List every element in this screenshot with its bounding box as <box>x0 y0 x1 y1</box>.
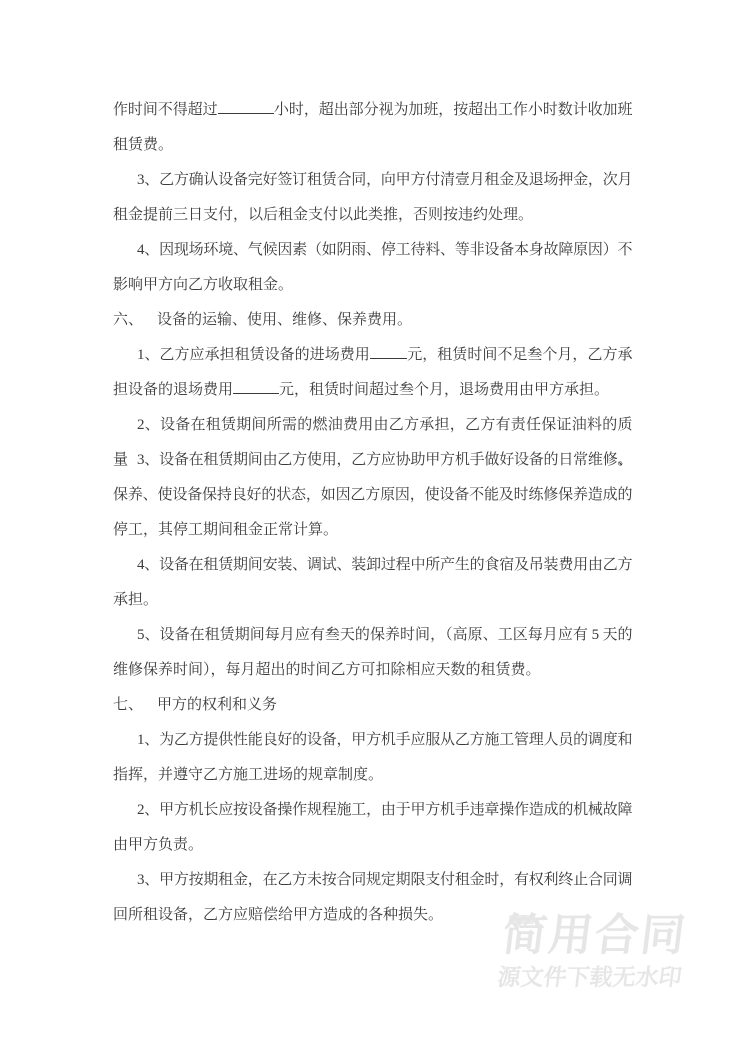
text-run: 甲方的权利和义务 <box>157 697 277 713</box>
text-line: 七、甲方的权利和义务 <box>113 688 632 723</box>
text-line: 4、设备在租赁期间安装、调试、装卸过程中所产生的食宿及吊装费用由乙方 <box>113 548 632 583</box>
text-run: 3、甲方按期租金，在乙方未按合同规定期限支付租金时，有权利终止合同调 <box>137 872 632 888</box>
text-line: 承担。 <box>113 583 632 618</box>
text-line: 3、甲方按期租金，在乙方未按合同规定期限支付租金时，有权利终止合同调 <box>113 863 632 898</box>
text-line: 停工，其停工期间租金正常计算。 <box>113 513 632 548</box>
text-line: 1、乙方应承担租赁设备的进场费用元，租赁时间不足叁个月，乙方承 <box>113 338 632 373</box>
contract-page: 作时间不得超过小时，超出部分视为加班，按超出工作小时数计收加班租赁费。3、乙方确… <box>0 0 742 1049</box>
text-line: 作时间不得超过小时，超出部分视为加班，按超出工作小时数计收加班 <box>113 93 632 128</box>
text-run: 七、 <box>113 697 143 713</box>
clause-six-5-maintenance-days: 5、设备在租赁期间每月应有叁天的保养时间，（高原、工区每月应有 5 天的维修保养… <box>113 618 632 688</box>
text-line: 3、乙方确认设备完好签订租赁合同，向甲方付清壹月租金及退场押金，次月 <box>113 163 632 198</box>
fill-in-blank <box>218 101 274 114</box>
text-run: 4、设备在租赁期间安装、调试、装卸过程中所产生的食宿及吊装费用由乙方 <box>137 557 632 573</box>
clause-six-2-fuel-cost: 2、设备在租赁期间所需的燃油费用由乙方承担，乙方有责任保证油料的质量。 <box>113 408 632 443</box>
text-line: 3、设备在租赁期间由乙方使用，乙方应协助甲方机手做好设备的日常维修、 <box>113 443 632 478</box>
clause-rent-payment: 3、乙方确认设备完好签订租赁合同，向甲方付清壹月租金及退场押金，次月租金提前三日… <box>113 163 632 233</box>
clause-overtime-continuation: 作时间不得超过小时，超出部分视为加班，按超出工作小时数计收加班租赁费。 <box>113 93 632 163</box>
text-run: 停工，其停工期间租金正常计算。 <box>113 522 338 538</box>
text-run: 影响甲方向乙方收取租金。 <box>113 277 293 293</box>
text-run: 1、乙方应承担租赁设备的进场费用 <box>137 347 370 363</box>
text-line: 维修保养时间），每月超出的时间乙方可扣除相应天数的租赁费。 <box>113 653 632 688</box>
text-line: 指挥，并遵守乙方施工进场的规章制度。 <box>113 758 632 793</box>
text-line: 租金提前三日支付，以后租金支付以此类推，否则按违约处理。 <box>113 198 632 233</box>
clause-seven-2-operation-rules: 2、甲方机长应按设备操作规程施工，由于甲方机手违章操作造成的机械故障由甲方负责。 <box>113 793 632 863</box>
text-run: 租赁费。 <box>113 137 173 153</box>
text-line: 由甲方负责。 <box>113 828 632 863</box>
clause-weather-factors: 4、因现场环境、气候因素（如阴雨、停工待料、等非设备本身故障原因）不影响甲方向乙… <box>113 233 632 303</box>
text-run: 4、因现场环境、气候因素（如阴雨、停工待料、等非设备本身故障原因）不 <box>137 242 632 258</box>
text-run: 承担。 <box>113 592 158 608</box>
text-run: 1、为乙方提供性能良好的设备，甲方机手应服从乙方施工管理人员的调度和 <box>137 732 632 748</box>
text-run: 作时间不得超过 <box>113 102 218 118</box>
text-run: 2、甲方机长应按设备操作规程施工，由于甲方机手违章操作造成的机械故障 <box>137 802 632 818</box>
text-line: 2、甲方机长应按设备操作规程施工，由于甲方机手违章操作造成的机械故障 <box>113 793 632 828</box>
text-run: 维修保养时间），每月超出的时间乙方可扣除相应天数的租赁费。 <box>113 662 541 678</box>
text-run: 六、 <box>113 312 143 328</box>
text-run: 5、设备在租赁期间每月应有叁天的保养时间，（高原、工区每月应有 5 天的 <box>137 627 632 643</box>
clause-seven-1-good-equipment: 1、为乙方提供性能良好的设备，甲方机手应服从乙方施工管理人员的调度和指挥，并遵守… <box>113 723 632 793</box>
fill-in-blank <box>233 381 279 394</box>
text-run: 指挥，并遵守乙方施工进场的规章制度。 <box>113 767 383 783</box>
text-run: 小时，超出部分视为加班，按超出工作小时数计收加班 <box>274 102 632 118</box>
text-line: 租赁费。 <box>113 128 632 163</box>
watermark: 简用合同 源文件下载无水印 <box>496 911 706 990</box>
text-run: 保养、使设备保持良好的状态，如因乙方原因，使设备不能及时练修保养造成的 <box>113 487 632 503</box>
text-run: 3、乙方确认设备完好签订租赁合同，向甲方付清壹月租金及退场押金，次月 <box>137 172 632 188</box>
text-line: 2、设备在租赁期间所需的燃油费用由乙方承担，乙方有责任保证油料的质量。 <box>113 408 632 443</box>
text-run: 由甲方负责。 <box>113 837 203 853</box>
text-run: 元，租赁时间不足叁个月，乙方承 <box>407 347 632 363</box>
document-body: 作时间不得超过小时，超出部分视为加班，按超出工作小时数计收加班租赁费。3、乙方确… <box>113 93 632 933</box>
heading-gap <box>143 323 157 324</box>
watermark-subtitle: 源文件下载无水印 <box>496 964 699 990</box>
text-run: 设备的运输、使用、维修、保养费用。 <box>157 312 412 328</box>
text-line: 六、设备的运输、使用、维修、保养费用。 <box>113 303 632 338</box>
text-line: 1、为乙方提供性能良好的设备，甲方机手应服从乙方施工管理人员的调度和 <box>113 723 632 758</box>
text-line: 4、因现场环境、气候因素（如阴雨、停工待料、等非设备本身故障原因）不 <box>113 233 632 268</box>
text-run: 回所租设备，乙方应赔偿给甲方造成的各种损失。 <box>113 907 443 923</box>
section-six-heading: 六、设备的运输、使用、维修、保养费用。 <box>113 303 632 338</box>
text-line: 影响甲方向乙方收取租金。 <box>113 268 632 303</box>
text-line: 保养、使设备保持良好的状态，如因乙方原因，使设备不能及时练修保养造成的 <box>113 478 632 513</box>
text-run: 3、设备在租赁期间由乙方使用，乙方应协助甲方机手做好设备的日常维修、 <box>137 452 632 468</box>
text-run: 租金提前三日支付，以后租金支付以此类推，否则按违约处理。 <box>113 207 533 223</box>
text-run: 元，租赁时间超过叁个月，退场费用由甲方承担。 <box>279 382 609 398</box>
watermark-accent-mark <box>508 915 535 924</box>
section-seven-heading: 七、甲方的权利和义务 <box>113 688 632 723</box>
clause-six-3-maintenance: 3、设备在租赁期间由乙方使用，乙方应协助甲方机手做好设备的日常维修、保养、使设备… <box>113 443 632 548</box>
text-line: 担设备的退场费用元，租赁时间超过叁个月，退场费用由甲方承担。 <box>113 373 632 408</box>
heading-gap <box>143 708 157 709</box>
fill-in-blank <box>370 346 407 359</box>
clause-six-4-lodging-hoisting: 4、设备在租赁期间安装、调试、装卸过程中所产生的食宿及吊装费用由乙方承担。 <box>113 548 632 618</box>
clause-six-1-transport-fee: 1、乙方应承担租赁设备的进场费用元，租赁时间不足叁个月，乙方承担设备的退场费用元… <box>113 338 632 408</box>
text-line: 5、设备在租赁期间每月应有叁天的保养时间，（高原、工区每月应有 5 天的 <box>113 618 632 653</box>
text-run: 担设备的退场费用 <box>113 382 233 398</box>
